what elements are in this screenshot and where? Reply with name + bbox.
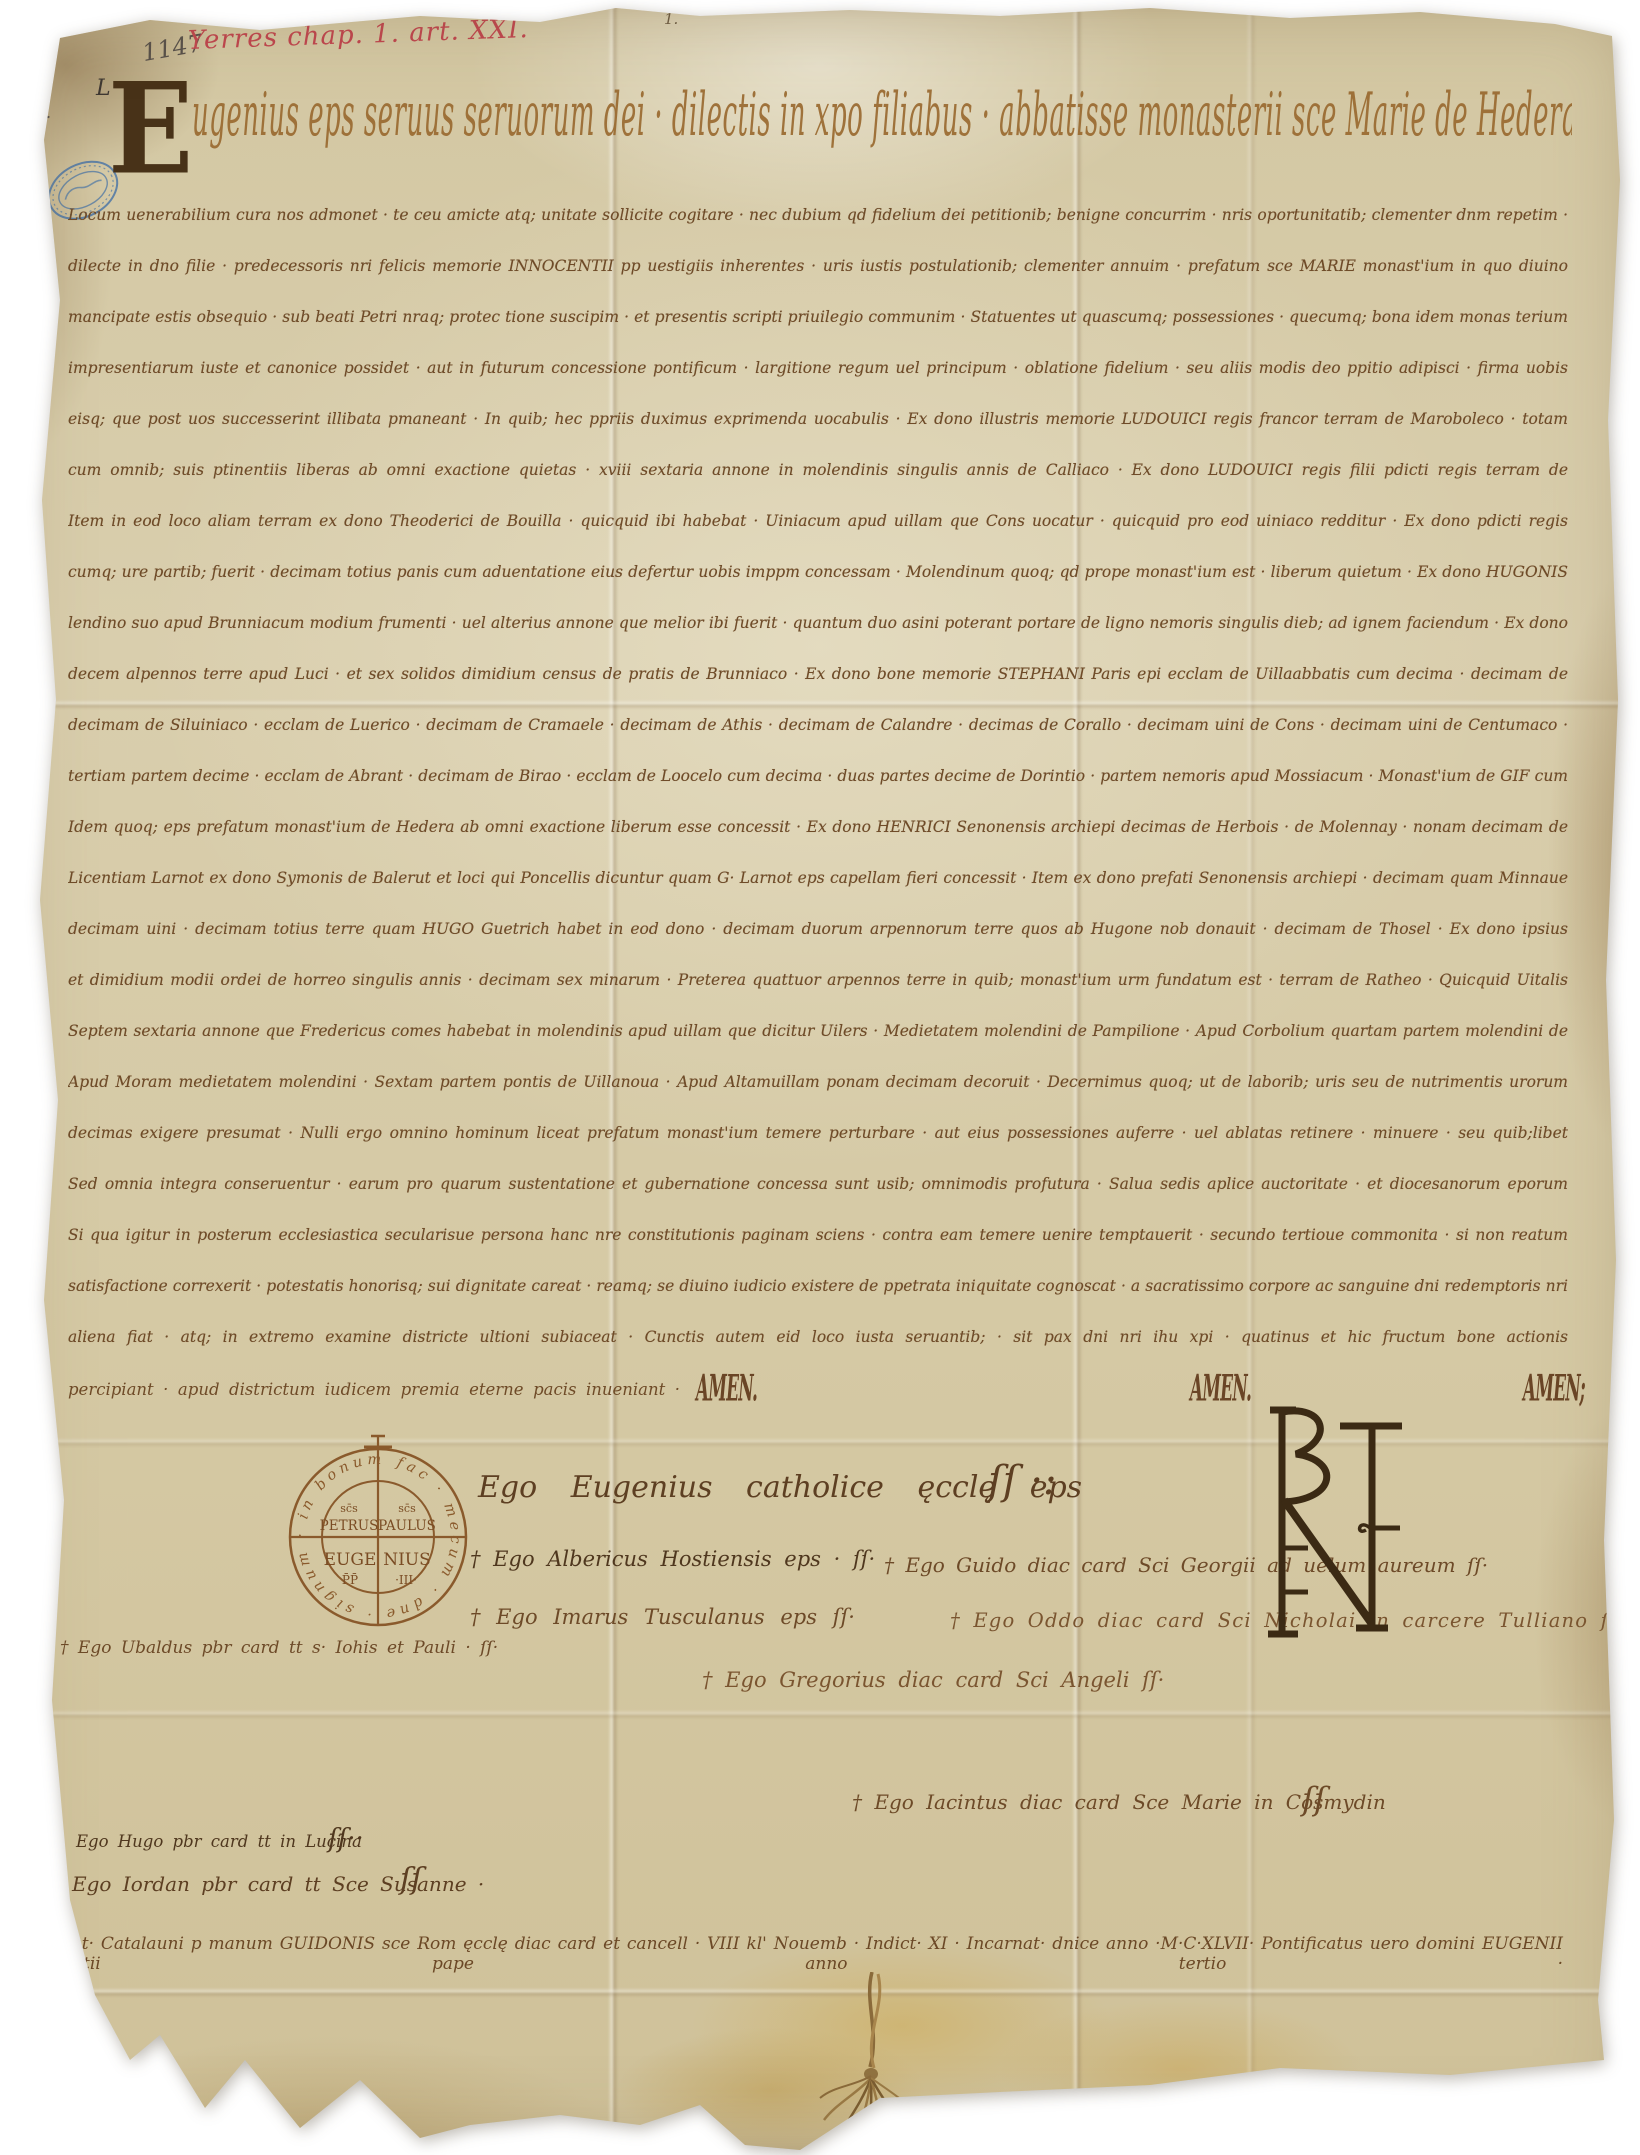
parchment: 1147 L 4. 9Б 1. Yerres chap. 1. art. XXI… — [0, 0, 1640, 2155]
amen-word: AMEN. — [1190, 1368, 1251, 1410]
charter-body-line: Sed omnia integra conseruentur · earum p… — [68, 1159, 1568, 1210]
charter-body-line: mancipate estis obsequio · sub beati Pet… — [68, 292, 1568, 343]
charter-body-line: decem alpennos terre apud Luci · et sex … — [68, 649, 1568, 700]
pope-flourish: ſſ ·: — [988, 1458, 1057, 1504]
cardinal-subscription: † Ego Gregorius diac card Sci Angeli ſſ· — [702, 1668, 1164, 1692]
charter-body-line: Apud Moram medietatem molendini · Sextam… — [68, 1057, 1568, 1108]
charter-body-line: decimas exigere presumat · Nulli ergo om… — [68, 1108, 1568, 1159]
subscription-flourish: ſſ — [1302, 1780, 1326, 1818]
fold-crease-horizontal — [0, 1710, 1640, 1719]
charter-body-line: dilecte in dno filie · predecessoris nri… — [68, 241, 1568, 292]
charter-body-line: lendino suo apud Brunniacum modium frume… — [68, 598, 1568, 649]
charter-body-line: cum omnib; suis ptinentiis liberas ab om… — [68, 445, 1568, 496]
parchment-wrap: 1147 L 4. 9Б 1. Yerres chap. 1. art. XXI… — [0, 0, 1640, 2155]
charter-body-line: eisq; que post uos successerint illibata… — [68, 394, 1568, 445]
charter-body-line: Licentiam Larnot ex dono Symonis de Bale… — [68, 853, 1568, 904]
cardinal-subscription: Ego Iordan pbr card tt Sce Susanne · — [72, 1872, 484, 1896]
charter-body-line: aliena fiat · atq; in extremo examine di… — [68, 1312, 1568, 1363]
papal-rota: fac · mecum · dne · signum · in bonum · … — [278, 1432, 478, 1646]
seal-cord — [812, 1972, 932, 2155]
cardinal-subscription: † Ego Ubaldus pbr card tt s· Iohis et Pa… — [60, 1638, 498, 1658]
charter-body-line: decimam de Siluiniaco · ecclam de Lueric… — [68, 700, 1568, 751]
amen-word: AMEN. — [696, 1368, 757, 1410]
charter-body-line: Idem quoq; eps prefatum monast'ium de He… — [68, 802, 1568, 853]
closing-text: percipiant · apud districtum iudicem pre… — [68, 1366, 680, 1414]
pencil-corner-mark: 4. — [34, 102, 51, 123]
subscription-flourish: ſſ·· — [328, 1824, 364, 1854]
cardinal-subscription: † Ego Albericus Hostiensis eps · ſſ· — [470, 1547, 875, 1571]
cardinal-subscription: † Ego Imarus Tusculanus eps ſſ· — [470, 1605, 855, 1629]
rota-pp: P̄P̄ — [342, 1572, 358, 1587]
charter-body-line: Item in eod loco aliam terram ex dono Th… — [68, 496, 1568, 547]
folio-number: 1. — [664, 10, 678, 28]
rota-paulus: PAULUS — [378, 1518, 436, 1534]
rota-euge: EUGE — [324, 1550, 377, 1570]
charter-body-line: impresentiarum iuste et canonice posside… — [68, 343, 1568, 394]
charter-scan: 1147 L 4. 9Б 1. Yerres chap. 1. art. XXI… — [0, 0, 1640, 2155]
red-archival-note: Yerres chap. 1. art. XXI. — [188, 14, 529, 56]
decorated-initial: E — [108, 74, 193, 187]
charter-body-line: decimam uini · decimam totius terre quam… — [68, 904, 1568, 955]
ink-shelfmark: 9Б — [14, 162, 48, 188]
charter-body-line: Si qua igitur in posterum ecclesiastica … — [68, 1210, 1568, 1261]
charter-body-line: satisfactione correxerit · potestatis ho… — [68, 1261, 1568, 1312]
charter-body-line: Locum uenerabilium cura nos admonet · te… — [68, 190, 1568, 241]
charter-body-line: tertiam partem decime · ecclam de Abrant… — [68, 751, 1568, 802]
charter-body: Locum uenerabilium cura nos admonet · te… — [68, 190, 1568, 1363]
rota-numeral: ·III· — [395, 1573, 417, 1587]
elongata-opening-line: ugenius eps seruus seruorum dei · dilect… — [192, 82, 1572, 165]
charter-body-line: Septem sextaria annone que Fredericus co… — [68, 1006, 1568, 1057]
rota-petrus: PETRUS — [320, 1518, 379, 1534]
amen-word: AMEN; — [1523, 1368, 1585, 1410]
rota-scs-left: sc̄s — [340, 1502, 358, 1515]
subscription-flourish: ſſ — [400, 1862, 422, 1897]
dateline: Dat· Catalauni p manum GUIDONIS sce Rom … — [58, 1934, 1563, 1974]
bene-valete-monogram — [1252, 1396, 1402, 1650]
rota-nius: NIUS — [383, 1550, 431, 1570]
charter-body-line: cumq; ure partib; fuerit · decimam totiu… — [68, 547, 1568, 598]
cardinal-subscription: Ego Hugo pbr card tt in Lucina — [76, 1832, 362, 1851]
charter-body-line: et dimidium modii ordei de horreo singul… — [68, 955, 1568, 1006]
rota-scs-right: sc̄s — [398, 1502, 416, 1515]
